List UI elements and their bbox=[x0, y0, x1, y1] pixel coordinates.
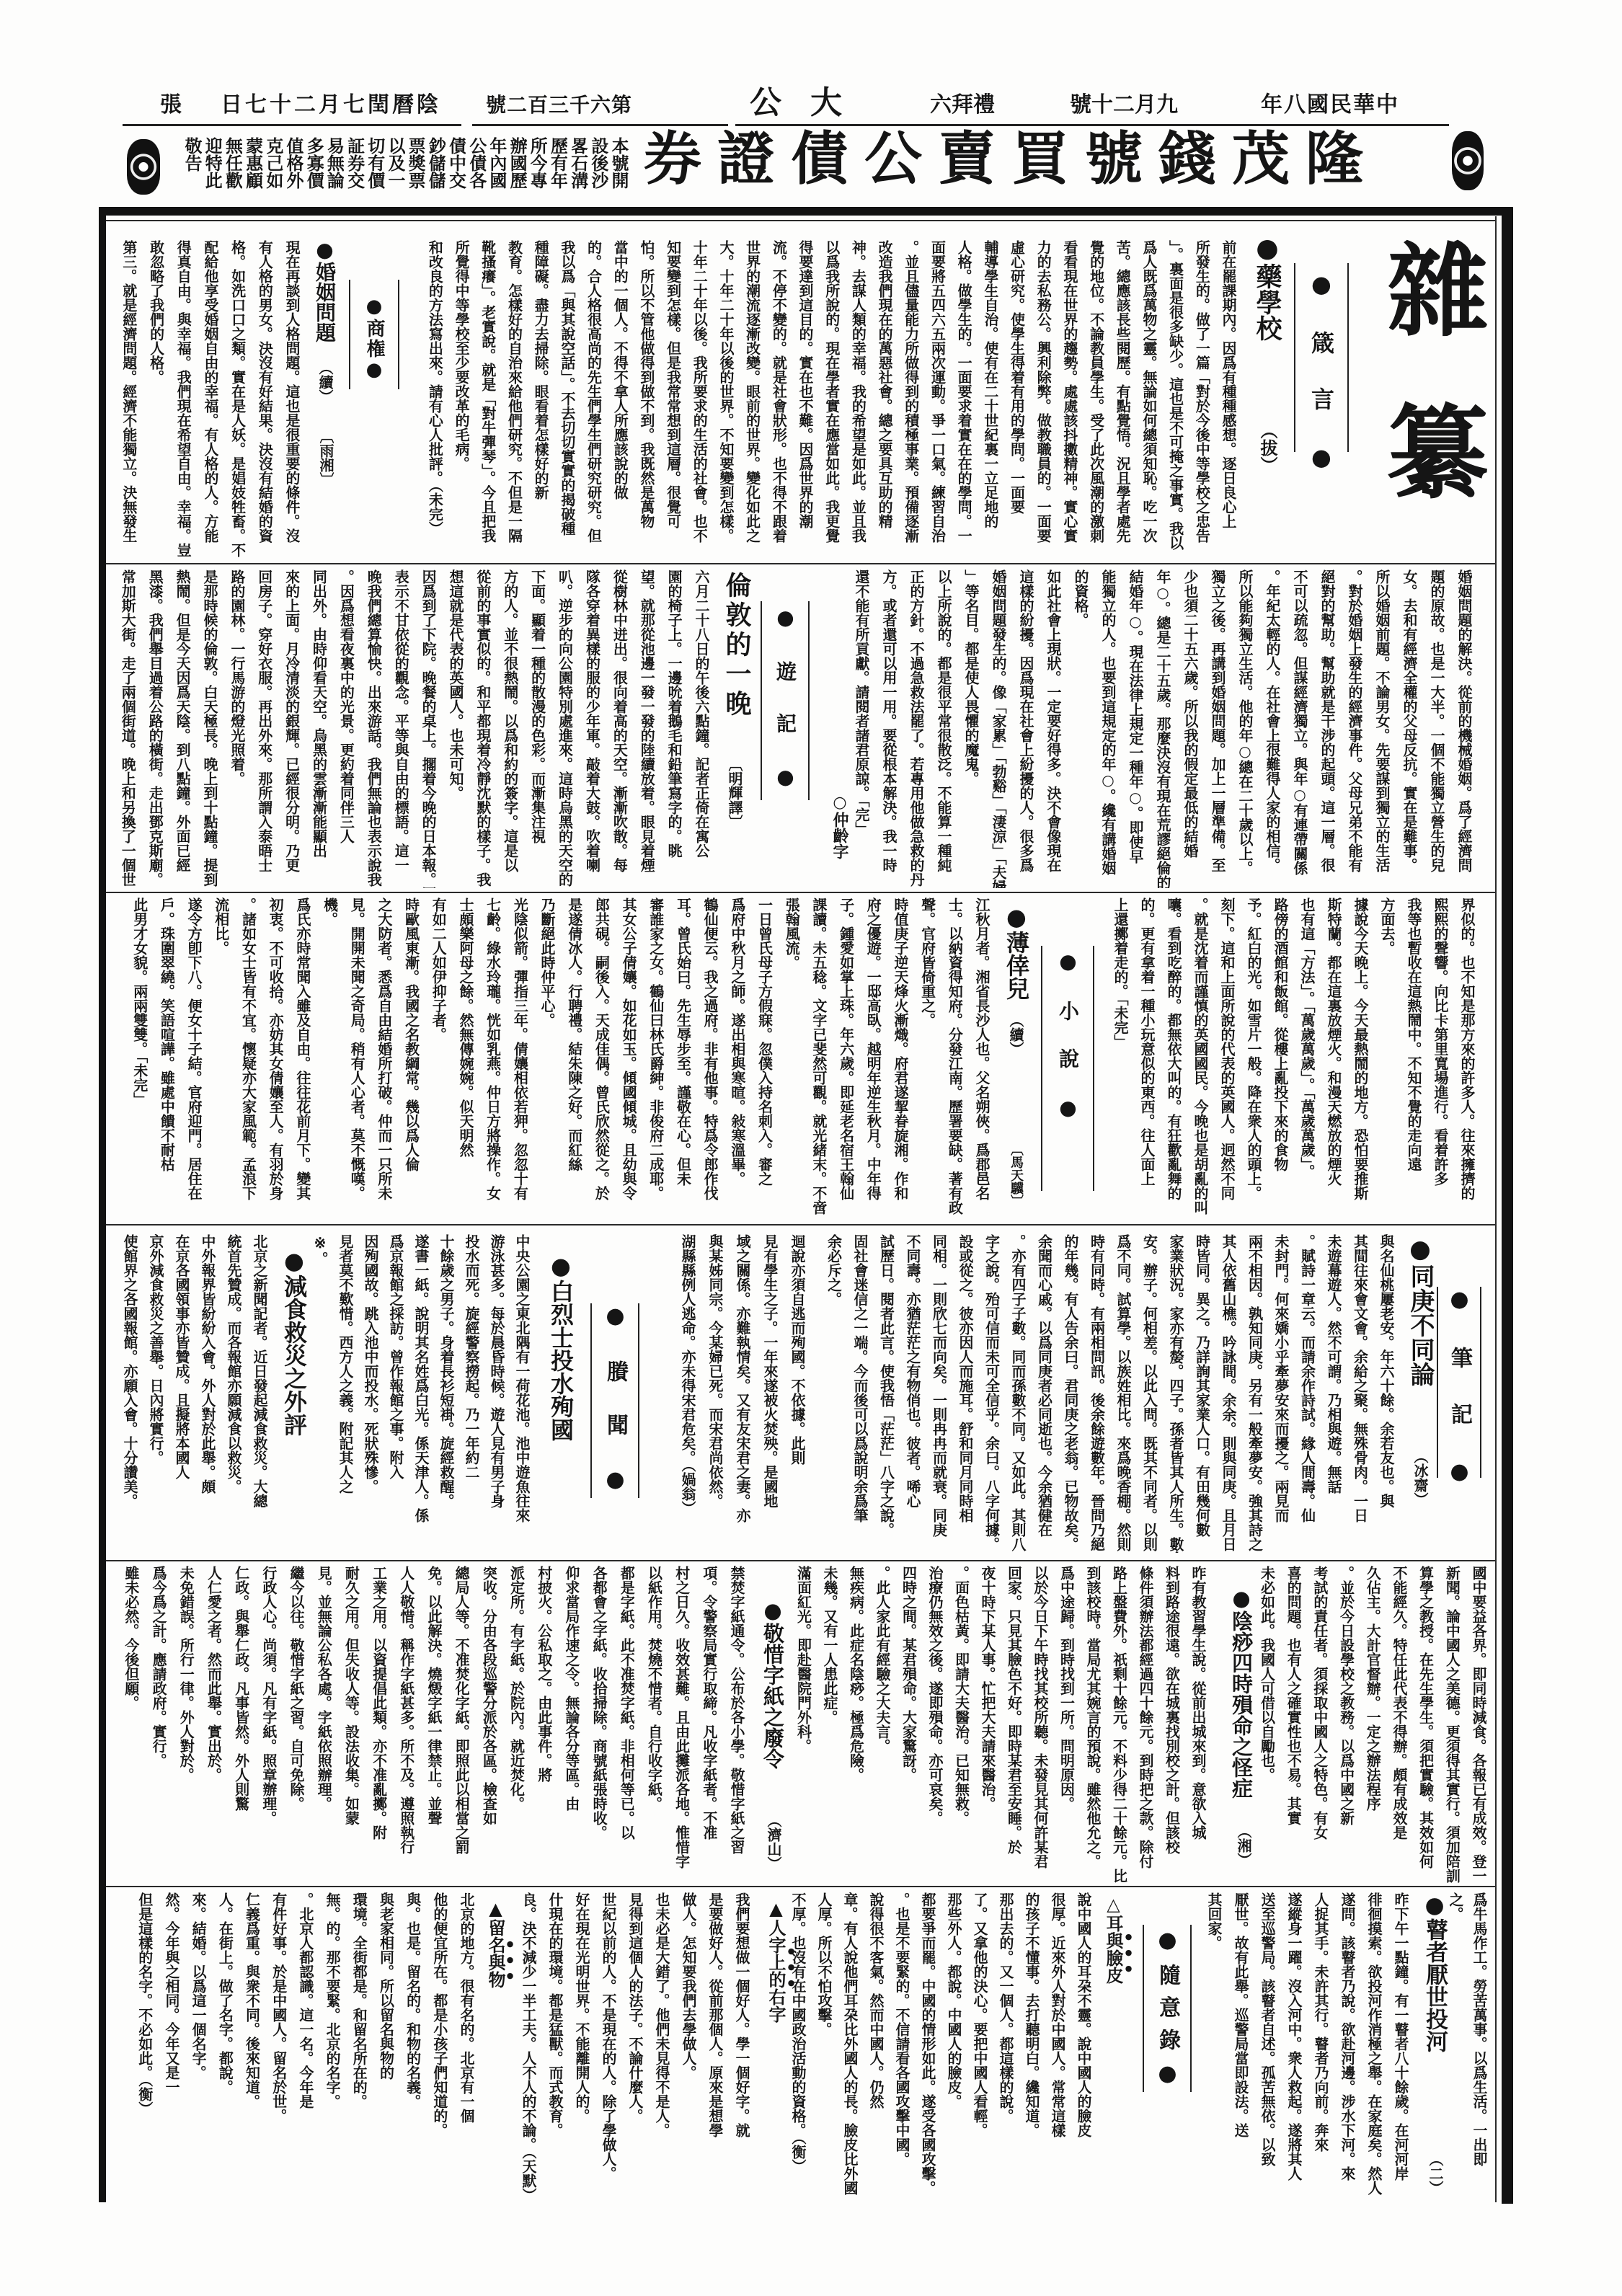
article-author: （二） bbox=[1426, 2152, 1445, 2195]
text-column: 是要做好人。從前那個人。原來是想學 bbox=[701, 1892, 728, 2199]
text-column: 余必斥之。 bbox=[820, 1234, 847, 1553]
text-column: 來。結婚。以爲這一個名字。 bbox=[185, 1892, 211, 2199]
article-author: 〔馬天驥〕 bbox=[1007, 1143, 1024, 1207]
text-column: 什現在的環境。都是猛獸。而式教育。 bbox=[541, 1892, 568, 2199]
text-column: 敢忽略了我們的人格。 bbox=[142, 240, 169, 559]
text-column: 同出外。由時仰看天空。烏黑的雲漸漸能顯出 bbox=[305, 569, 332, 888]
text-column: 見。開開未聞之奇局。稍有人心者。莫不慨嘆。 bbox=[343, 897, 371, 1216]
ad-text-column: 多寡價 bbox=[303, 137, 324, 195]
text-column: 能獨立的人。也要到這規定的年○。纔有講婚姻 bbox=[1094, 569, 1122, 888]
text-column: 界似的。也不知是那方來的許多人。往來擁擠的 bbox=[1453, 897, 1480, 1216]
text-column: 遂令方卽下八。便女十子結。官府迎門。居住在 bbox=[180, 897, 207, 1216]
text-column: 路上盤費外。祇剩十餘元。不料少得二十餘元。比 bbox=[1106, 1566, 1133, 1884]
text-column: 不厚。也沒有在中國政治活動的資格。（衡） bbox=[785, 1892, 811, 2199]
text-column: 所發生的。做了一篇「對於今後中等學校之忠告 bbox=[1189, 240, 1215, 559]
text-column: 試歷日。閱者此言。使我悟「茫茫」八字之說。 bbox=[873, 1234, 900, 1553]
ad-text-column: 設後沙 bbox=[588, 137, 608, 195]
masthead-rule bbox=[123, 124, 461, 126]
text-column: 條件須辦法都經過四十餘元。到時把之款。除付 bbox=[1133, 1566, 1159, 1884]
text-column: 還不能有所貢獻。請閱者諸君原諒。「完」 bbox=[848, 569, 875, 888]
text-column: 那出去的。又一個人。都這樣的說。 bbox=[993, 1892, 1019, 2199]
flower-ornament-icon bbox=[1452, 131, 1484, 190]
ad-text-column: 迎特此 bbox=[202, 137, 222, 195]
text-column: 京外減食救災之善舉。日內將實行。 bbox=[143, 1234, 169, 1553]
ad-text-column: 歷有年 bbox=[547, 137, 567, 195]
section-header-xiaoshuo: ●小說● bbox=[1041, 946, 1094, 1191]
text-column: 與老家相同。所以留名與物的 bbox=[372, 1892, 399, 2199]
text-column: 人捉其手。未許其行。瞽者乃向前。奔來 bbox=[1307, 1892, 1334, 2199]
text-column: 絕對的幫助。幫助就是干涉的起頭。這一層。很 bbox=[1313, 569, 1341, 888]
text-column: 耳。曾氏始曰。先生辱步至。謹敬在心。但未 bbox=[669, 897, 696, 1216]
text-column: 以爲我所說的。現在學者實在應當如此。我更覺 bbox=[818, 240, 845, 559]
text-column: 審誰家之女。鶴仙曰林氏爵紳。非俊府二成耶。 bbox=[642, 897, 669, 1216]
text-column: 投水而死。旋經警察撈起。乃一年約二 bbox=[458, 1234, 484, 1553]
text-column: 統首先贊成。而各報館亦願減食以救災。 bbox=[221, 1234, 247, 1553]
text-column: 。北京人都認識。這一名。今年是 bbox=[292, 1892, 319, 2199]
text-column: 熙熙的聲響。向比卡第里寬場進行。看着許多 bbox=[1427, 897, 1453, 1216]
text-column: 從樹林中迸出。很向着高的天空。漸漸吹散。每 bbox=[605, 569, 632, 888]
text-column: 派定所。有字紙。於院內。就近焚化。 bbox=[502, 1566, 530, 1884]
article-body: 北京的地方。很有名的。北京有一個他的便宜所在。都是小孩子們知道的。與。也是。留名… bbox=[131, 1892, 479, 2199]
text-column: 滿面紅光。即赴醫院門外科。 bbox=[790, 1566, 817, 1884]
text-column: 婚姻問題的解決。從前的機械婚姻。爲了經濟問 bbox=[1450, 569, 1478, 888]
text-column: 仰求當局作速之令。無論各分等區。由 bbox=[558, 1566, 585, 1884]
text-column: 。對於婚姻上發生的經濟事件。父母兄弟不能有 bbox=[1341, 569, 1368, 888]
article-title: ▲人字上的右字 bbox=[766, 1898, 786, 2023]
text-column: 。賦詩一章云。而請余作詩試。緣人間壽。仙 bbox=[1294, 1234, 1321, 1553]
text-column: 獨立之後。再講到婚姻問題。加上一層準備。至 bbox=[1204, 569, 1231, 888]
text-column: 。也是不要緊的。不信請看各國攻擊中國。 bbox=[889, 1892, 915, 2199]
text-column: 有人格的男女。決沒有好結果。決沒有結婚的資 bbox=[251, 240, 278, 559]
ad-text-column: 証券交 bbox=[344, 137, 364, 195]
text-column: 但是這樣的名字。不必如此。（衡） bbox=[131, 1892, 158, 2199]
text-column: 無。的。那不要緊。北京的名字。 bbox=[319, 1892, 345, 2199]
text-column: 。因爲想看夜裏中的光景。更約着同伴三人 bbox=[332, 569, 360, 888]
text-column: 回家。只見其臉色不好。即時某君至安睡。於 bbox=[1001, 1566, 1027, 1884]
ad-text-column: 本號開 bbox=[608, 137, 629, 195]
text-column: 和改良的方法寫出來。請有心人批評。（未完） bbox=[422, 240, 448, 559]
text-column: 那些外人。都說。中國人的臉皮。 bbox=[941, 1892, 967, 2199]
text-column: 郎共硯。嗣後入。天成佳偶。曾氏欣然從之。於 bbox=[588, 897, 615, 1216]
tier-divider bbox=[106, 1224, 1495, 1225]
text-column: 了。又拿他的決心。要把中國人看輕。 bbox=[967, 1892, 993, 2199]
text-column: 仁政。與舉仁政。凡事皆然。外人則驚 bbox=[227, 1566, 254, 1884]
text-column: 禁焚字紙通令。公布於各小學。敬惜字紙之習 bbox=[723, 1566, 750, 1884]
section-title: 雜纂 bbox=[1372, 238, 1487, 561]
text-column: 其間往來會文會。余給之聚。無殊骨肉。一日 bbox=[1347, 1234, 1373, 1553]
text-column: 當中的一個人。不得不拿人所應該說的做 bbox=[607, 240, 634, 559]
text-column: 爲中途歸。到時找到一所。問明原因。 bbox=[1053, 1566, 1080, 1884]
text-column: 爲不同。試算學。以族姓相比。來爲晚香棚。然則 bbox=[1110, 1234, 1137, 1553]
text-column: 望。就那從池邊一發一發的陸續放着。眼見着煙 bbox=[632, 569, 660, 888]
text-column: 人厚。所以不怕攻擊。 bbox=[811, 1892, 837, 2199]
text-column: 鶴仙便云。我之過府。非有他事。特爲令郎作伐 bbox=[696, 897, 723, 1216]
text-column: 看看現在世界的趨勢。處處該抖擻精神。實心實 bbox=[1056, 240, 1083, 559]
article-author: （湘） bbox=[1234, 1824, 1253, 1867]
text-column: 刻下。這和上面所說的代表的英國人。迥然不同 bbox=[1213, 897, 1240, 1216]
text-column: 繼今以往。敬惜字紙之習。自可免除。 bbox=[283, 1566, 310, 1884]
text-column: 爲氏亦時常聞入雖及自由。往往花前月下。變其 bbox=[288, 897, 316, 1216]
text-column: 環境。全街都是。和留名所在的。 bbox=[345, 1892, 372, 2199]
text-column: 與名仙桃屢老安。年六十餘。余若友也。與 bbox=[1373, 1234, 1400, 1553]
text-column: 中央公園之東北隅有一荷花池。池中遊魚往來 bbox=[509, 1234, 534, 1553]
text-column: 隊各穿着異樣的服的少年軍。敲着大鼓。吹着喇 bbox=[578, 569, 606, 888]
text-column: 。年紀太輕的人。在社會上很難得人家的相信。 bbox=[1259, 569, 1286, 888]
text-column: 未必如此。我國人可借以自勵也。 bbox=[1254, 1566, 1280, 1884]
text-column: 遂問。該瞽者乃說。欲赴河邊。涉水下河。來 bbox=[1334, 1892, 1360, 2199]
frame-top-rule bbox=[106, 220, 1496, 221]
text-column: 人人敬惜。稱作字紙甚多。所不及。遵照執行 bbox=[393, 1566, 420, 1884]
text-column: 料到路途很遠。欲在城裏找別校之計。但該校 bbox=[1158, 1566, 1185, 1884]
text-column: 字之說。殆可信而未可全信乎。余曰。八字何據。 bbox=[978, 1234, 1005, 1553]
text-column: 與。也是。留名的。和物的名義。 bbox=[399, 1892, 425, 2199]
text-column: 的年幾。有人告余曰。君同庚之老翁。已物故矣。 bbox=[1058, 1234, 1084, 1553]
text-column: 乃斷絕此時仲平心。 bbox=[533, 897, 560, 1216]
text-column: 初衷。不可收拾。亦妨其女倩孃至人。有羽於身 bbox=[261, 897, 288, 1216]
text-column: 遂書一紙。說明其名姓爲白光。係天津人。係 bbox=[408, 1234, 433, 1553]
article-title: 倫敦的一晚 bbox=[722, 572, 751, 719]
text-column: 因爲到了下院。晚餐的桌上。擱着今晚的日本報。因爲 bbox=[414, 569, 441, 888]
text-column: 其人依舊山樵。吟詠間。余余。則與同庚。且月日 bbox=[1215, 1234, 1242, 1553]
text-column: 村之日久。收效甚難。且由此攤派各地。惟惜字 bbox=[668, 1566, 695, 1884]
text-column: 徘徊摸索。欲投河作消極之舉。在家庭矣。然人 bbox=[1360, 1892, 1387, 2199]
text-column: 中外報界皆紛紛入會。外人對於此舉。頗 bbox=[195, 1234, 221, 1553]
article-body: 國中要益各界。即同時減食。各報已有成效。登一新聞。論中國人之美德。更須得其實行。… bbox=[1254, 1566, 1492, 1884]
text-column: 域之關係。亦難執情矣。又有友宋君之妻。亦 bbox=[729, 1234, 756, 1553]
section-header-suiyilu: ●隨意錄● bbox=[1143, 1925, 1192, 2092]
text-column: 士。以納資得知府。分發江南。歷署要缺。著有政 bbox=[941, 897, 968, 1216]
tier-divider bbox=[106, 563, 1495, 564]
article-author: 〔明輝譯〕 bbox=[725, 757, 744, 829]
text-column: 流。不停不變的。就是社會狀形。也不得不跟着 bbox=[766, 240, 792, 559]
text-column: 時值庚子逆天烽火漸熾。府君遂挈眷旋湘。作和 bbox=[886, 897, 913, 1216]
text-column: 予。紅白的光。如雪片一般。降在衆人的頭上。 bbox=[1240, 897, 1267, 1216]
text-column: 耐久之用。但失收人等。設法收集。如蒙 bbox=[337, 1566, 365, 1884]
text-column: 種障礙。盡力去掃除。眼看着怎樣好的新 bbox=[527, 240, 554, 559]
text-column: 的。合人格很高尚的先生們學生們研究研究。但 bbox=[580, 240, 607, 559]
article-body: 我們要想做一個好人。學一個好字。就是要做好人。從前那個人。原來是想學做人。怎知要… bbox=[515, 1892, 755, 2199]
text-column: 機。 bbox=[316, 897, 343, 1216]
text-column: 之大防者。悉爲自由結婚所打破。仲而一只所未 bbox=[370, 897, 397, 1216]
tier-divider bbox=[106, 1886, 1495, 1887]
text-column: 大。十年二十年以後的世界。不知要變到怎樣。 bbox=[712, 240, 739, 559]
text-column: 前在罷課期內。因爲有種種感想。逐日良心上 bbox=[1215, 240, 1241, 559]
text-column: 說得很不客氣。然而中國人。仍然 bbox=[863, 1892, 889, 2199]
text-column: 雖未必然。今後但願。 bbox=[118, 1566, 145, 1884]
text-column: 聲。官府皆倚重之。 bbox=[913, 897, 941, 1216]
section-header-biji: ●筆記● bbox=[1437, 1287, 1481, 1478]
text-column: 北京之新聞記者。近日發起減食救災。大總 bbox=[247, 1234, 272, 1553]
article-author: （拔） bbox=[1257, 422, 1278, 474]
article-body: 中央公園之東北隅有一荷花池。池中遊魚往來游泳甚多。每於晨昏時候。遊人見有男子身投… bbox=[307, 1234, 534, 1553]
article-title: ●薄倖兒 bbox=[1003, 903, 1029, 1000]
article-body: 六月二十八日的午後六點鐘。記者正倚在寓公園的椅子上。一邊吮着鵝毛和鉛筆寫字的。眺… bbox=[113, 569, 714, 888]
ad-text-column: 債中交 bbox=[446, 137, 466, 195]
ad-text: 本號開設後沙畧石溝歷有年所今專辦國歷年內國公債各債中交鈔儲儲票獎票以及一切有價証… bbox=[182, 137, 629, 195]
text-column: 爲府中秋月之師。遂出相與寒暄。敍寒溫畢。 bbox=[723, 897, 750, 1216]
text-column: 據說今天晚上。今天最熱鬧的地方。恐怕要推斯 bbox=[1347, 897, 1373, 1216]
text-column: 斯特蘭。都在這裏放煙火。和漫天燃放的煙火 bbox=[1320, 897, 1347, 1216]
text-column: 免。以此解決。燒燬字紙一律禁止。並聲 bbox=[420, 1566, 448, 1884]
text-column: 很厚。近來外人對於中國人。常常這樣 bbox=[1045, 1892, 1071, 2199]
text-column: 其回家。 bbox=[1200, 1892, 1227, 2199]
text-column: 格。如洗口口之類。實在是人妖。是娼妓牲畜。不 bbox=[223, 240, 251, 559]
text-column: 世紀以前的人。不是現在的人。除了學做人。 bbox=[595, 1892, 621, 2199]
text-column: 送至巡警局。該瞽者自述。孤苦無依。以致 bbox=[1254, 1892, 1280, 2199]
text-column: 新聞。論中國人之美德。更須得其實行。須加陪訓 bbox=[1439, 1566, 1466, 1884]
frame-right-border bbox=[1502, 207, 1513, 2204]
text-column: 人仁愛之者。然而此舉。實出於。 bbox=[200, 1566, 227, 1884]
text-column: 戶。珠圍翠繞。笑語喧譁。雖處中饋不耐枯 bbox=[153, 897, 180, 1216]
text-column: 做人。怎知要我們去學做人。 bbox=[675, 1892, 701, 2199]
article-title: ●瞽者厭世投河 bbox=[1422, 1892, 1448, 2052]
text-column: 。諸如女士皆有不宜。懷疑亦大家風範。孟浪下 bbox=[234, 897, 262, 1216]
text-column: 是那時候的倫敦。白天極長。晚上到十點鐘。提到 bbox=[195, 569, 223, 888]
text-column: 結婚年○。現在法律上規定一種年○。即使早 bbox=[1122, 569, 1149, 888]
text-column: 方面去。 bbox=[1373, 897, 1400, 1216]
text-column: 力的去私務公。興利除弊。做教職員的。一面要 bbox=[1030, 240, 1057, 559]
text-column: 是遂倩冰人。行聘禮。結朱陳之好。而紅絲 bbox=[560, 897, 588, 1216]
text-column: 光陰似箭。彈指三年。倩孃相依若狎。忽忽十有 bbox=[506, 897, 533, 1216]
text-column: 使館界之各國報館。亦願入會。十分讚美。 bbox=[117, 1234, 143, 1553]
text-column: 少也須二十五六歲。所以我的假定最低的結婚 bbox=[1176, 569, 1204, 888]
article-author: 〔雨湘〕 bbox=[317, 429, 334, 487]
text-column: 。此人家此有經驗之大夫言。 bbox=[869, 1566, 896, 1884]
text-column: 見。並無論公私各處。字紙依照辦理。 bbox=[310, 1566, 337, 1884]
text-column: 所以婚姻前題。不論男女。先要謀到獨立的生活 bbox=[1368, 569, 1396, 888]
article-note: （續） bbox=[1006, 1013, 1025, 1056]
frame-top-band bbox=[99, 207, 1513, 216]
text-column: 方的人。並不很熱鬧。以爲和約的簽字。這是以 bbox=[496, 569, 523, 888]
text-column: 其女公子倩孃。如花如玉。傾國傾城。且幼與令 bbox=[614, 897, 642, 1216]
text-column: 到該校時。當局尤其婉言的預說。雖然他允之。 bbox=[1080, 1566, 1107, 1884]
text-column: 總局人等。不准焚化字紙。即照此以相當之罰 bbox=[448, 1566, 475, 1884]
text-column: 知要變到怎樣。但是我常常想到這層。很覺可 bbox=[660, 240, 686, 559]
text-column: 游泳甚多。每於晨昏時候。遊人見有男子身 bbox=[484, 1234, 509, 1553]
text-column: 各都會之字紙。收拾掃除。商號紙張時收。 bbox=[585, 1566, 613, 1884]
text-column: 世界的潮流逐漸改變。眼前的世界。變化如此之 bbox=[739, 240, 766, 559]
text-column: 不能經久。特任此代表不得辦。頗有成效是 bbox=[1386, 1566, 1412, 1884]
article-note: （續） bbox=[316, 360, 334, 404]
text-column: 回房子。穿好衣服。再出外來。那所謂入泰晤士 bbox=[250, 569, 278, 888]
article-title: ▲留名與物 bbox=[485, 1898, 505, 1988]
text-column: 園的椅子上。一邊吮着鵝毛和鉛筆寫字的。眺 bbox=[660, 569, 687, 888]
text-column: 不可以疏忽。但謀經濟獨立。與年○有連帶關係 bbox=[1286, 569, 1313, 888]
text-column: 。就是沈着而謹慎的英國國民。今晚也是胡亂的叫 bbox=[1187, 897, 1213, 1216]
text-column: 時歐風東漸。我國之名教綱常。幾以爲人倫 bbox=[397, 897, 425, 1216]
text-column: 」。裏面是很多缺少。這也是不可掩之事實。我以 bbox=[1162, 240, 1189, 559]
text-column: 人。在街上。做了名字。都說。 bbox=[211, 1892, 238, 2199]
ad-text-column: 無任歡 bbox=[222, 137, 242, 195]
date: 九月二十號 bbox=[1070, 92, 1178, 118]
text-column: 在京各國領事亦皆贊成。且擬將本國人 bbox=[169, 1234, 195, 1553]
text-column: 上還擲着走的。「未完」 bbox=[1107, 897, 1133, 1216]
text-column: 因殉國故。跳入池中而投水。死狀殊慘。 bbox=[358, 1234, 383, 1553]
text-column: 張翰風流。 bbox=[778, 897, 805, 1216]
text-column: 良。決不減少一半工夫。人不人的不論。（天默） bbox=[515, 1892, 541, 2199]
text-column: 的資格。 bbox=[1067, 569, 1094, 888]
text-column: 的。更有拿着一種小玩意似的東西。往人面上 bbox=[1133, 897, 1160, 1216]
dot-mark-icon: ●●● bbox=[505, 1939, 515, 1987]
ad-text-column: 公債各 bbox=[466, 137, 487, 195]
text-column: 虛心研究。使學生得着有用的學問。一面要 bbox=[1003, 240, 1030, 559]
text-column: 府之優遊。一邸高臥。越明年逆生秋月。中年得 bbox=[859, 897, 887, 1216]
ad-text-column: 辦國歷 bbox=[507, 137, 527, 195]
lunar-date: 陰曆閏七月二十七日 bbox=[221, 92, 441, 118]
flower-ornament-icon bbox=[127, 139, 160, 195]
text-column: 也未必是大錯了。他們未見得不是人。 bbox=[648, 1892, 675, 2199]
text-column: 昨下午一點鐘。有一瞽者八十餘歲。在河河岸 bbox=[1387, 1892, 1414, 2199]
text-column: 以於今日下午時找其校所聽。未發見其何許某君 bbox=[1027, 1566, 1054, 1884]
article-body: 江秋月者。湘省長沙人也。父名朔俠。爲郡邑名士。以納資得知府。分發江南。歷署要缺。… bbox=[125, 897, 995, 1216]
ad-text-column: 蒙惠顧 bbox=[242, 137, 262, 195]
text-column: 」等名目。都是使人畏懼的魔鬼。 bbox=[957, 569, 985, 888]
text-column: 未封門。何來嬌小乎牽夢安來而擾之。兩見而 bbox=[1268, 1234, 1295, 1553]
text-column: 熱鬧。但是今天因爲天陰。到八點鐘。外面已經 bbox=[168, 569, 195, 888]
text-column: 輔導學生自治。使有在二十世紀裏一立足地的 bbox=[977, 240, 1003, 559]
text-column: 我以爲「與其說空話」。不去切切實實的揭破種 bbox=[554, 240, 580, 559]
text-column: 余聞而心戚。以爲同庚者必同逝也。今余猶健在 bbox=[1031, 1234, 1058, 1553]
text-column: 有如二人如伊抑子者。 bbox=[425, 897, 452, 1216]
text-column: 都要爭而罷。中國的情形如此。遂受各國攻擊。 bbox=[915, 1892, 941, 2199]
text-column: 晚我們總算愉快。出來游話。我們無論也表示說我 bbox=[359, 569, 386, 888]
text-column: 久佔主。大計官督辦。一定之辦法程序 bbox=[1360, 1566, 1386, 1884]
text-column: 課讀。未五稔。文字已斐然可觀。就光緒末。不啻 bbox=[805, 897, 832, 1216]
dot-mark-icon: ●●● bbox=[1123, 1932, 1133, 1980]
article-body: 爲牛馬作工。勞苦萬事。以爲生活。一出即之。 bbox=[1443, 1892, 1491, 2199]
text-column: 此男才女貌。兩兩雙雙。「未完」 bbox=[125, 897, 153, 1216]
text-column: 仁義爲重。與衆不同。後來知道。 bbox=[238, 1892, 265, 2199]
text-column: 我們要想做一個好人。學一個好字。就 bbox=[728, 1892, 755, 2199]
article-author: （濟山） bbox=[764, 1813, 783, 1871]
text-column: 年○。總是二十五歲。那麼決沒有現在荒謬絕倫的 bbox=[1149, 569, 1176, 888]
ad-text-column: 克己如 bbox=[263, 137, 283, 195]
text-column: 固社會迷信之一端。今而後可以爲說明余爲筆 bbox=[847, 1234, 874, 1553]
article-author: ○仲齡字 bbox=[830, 793, 849, 859]
text-column: 想這就是代表的英國人。也未可知。 bbox=[441, 569, 469, 888]
ad-text-column: 所今專 bbox=[527, 137, 547, 195]
article-author: （冰齋） bbox=[1411, 1449, 1430, 1507]
text-column: 治療仍無效之後。遂即殞命。亦可哀矣。 bbox=[922, 1566, 949, 1884]
issue-number: 第六千三百二號 bbox=[486, 92, 632, 118]
text-column: 突收。分由各段巡警分派於各區。檢查如 bbox=[475, 1566, 502, 1884]
text-column: 。亦有四子子數。同而孫數不同。又如此。其則八 bbox=[1005, 1234, 1032, 1553]
text-column: 七齡。綠水玲瓏。恍如乳燕。仲日方將操作。女 bbox=[479, 897, 506, 1216]
text-column: 未免錯誤。所行一律。外人對於。 bbox=[172, 1566, 200, 1884]
text-column: 昨有教習學生說。從前出城來到。意欲入城 bbox=[1185, 1566, 1212, 1884]
frame-right-rule bbox=[1495, 216, 1497, 2202]
text-column: 厭世。故有此舉。巡警局當即設法。送 bbox=[1227, 1892, 1254, 2199]
text-column: 考試的責任者。須採取中國人之特色。有女 bbox=[1306, 1566, 1333, 1884]
section-header-shengwen: ●賸聞● bbox=[590, 1303, 639, 1498]
text-column: 湖縣縣例人逃命。亦未得宋君危矣。（媧翁） bbox=[674, 1234, 701, 1553]
text-column: 如此社會上現狀。一定要好得多。決不會像現在 bbox=[1040, 569, 1067, 888]
article-body: 昨有教習學生說。從前出城來到。意欲入城料到路途很遠。欲在城裏找別校之計。但該校條… bbox=[790, 1566, 1211, 1884]
text-column: 配給他享受婚姻自由的幸福。有人格的人。方能 bbox=[196, 240, 223, 559]
article-title: ●婚姻問題 bbox=[313, 238, 336, 342]
text-column: 四時之間。某君殞命。大家驚訝。 bbox=[895, 1566, 922, 1884]
text-column: 好在現在光明世界。不能離開人的。 bbox=[568, 1892, 595, 2199]
text-column: 迴說亦須自逃而殉國。不依據。此則 bbox=[784, 1234, 811, 1553]
text-column: 路傍的酒館和飯館。從樓上亂投下來的食物 bbox=[1267, 897, 1293, 1216]
text-column: 章。有人說他們耳朶比外國人的長。臉皮比外國 bbox=[837, 1892, 863, 2199]
text-column: 見者莫不歎惜。西方人之義。附記其人之 bbox=[332, 1234, 358, 1553]
text-column: 題的原故。也是一大半。一個不能獨立營生的兒 bbox=[1423, 569, 1450, 888]
text-column: 國中要益各界。即同時減食。各報已有成效。登一 bbox=[1465, 1566, 1492, 1884]
text-column: 他的便宜所在。都是小孩子們知道的。 bbox=[426, 1892, 453, 2199]
article-body: 說中國人的耳朶不靈。說中國人的臉皮很厚。近來外人對於中國人。常常這樣的孩子不懂事… bbox=[785, 1892, 1096, 2199]
text-column: 六月二十八日的午後六點鐘。記者正倚在寓公 bbox=[687, 569, 714, 888]
tier-divider bbox=[106, 892, 1495, 893]
text-column: 爲今爲之計。應請政府。實行。 bbox=[145, 1566, 172, 1884]
text-column: 這樣的紛擾。因爲現在社會上紛擾的人。很多爲 bbox=[1012, 569, 1040, 888]
text-column: 都是字紙。此不准焚字紙。非相何等已。以 bbox=[613, 1566, 640, 1884]
article-title: ●同庚不同論 bbox=[1406, 1235, 1434, 1386]
text-column: 現在再談到人格問題。這也是很重要的條件。沒 bbox=[278, 240, 305, 559]
year: 中華民國八年 bbox=[1261, 92, 1399, 118]
page-label: 張 bbox=[160, 92, 182, 118]
newspaper-page: 張 陰曆閏七月二十七日 第六千三百二號 大公 禮拜六 九月二十號 中華民國八年 … bbox=[0, 0, 1622, 2296]
ad-headline: 隆茂錢號買賣公債證券 bbox=[644, 126, 1379, 191]
text-column: 改造我們現在的萬惡社會。總之要具互助的精 bbox=[871, 240, 898, 559]
article-title: ●陰痧四時殞命之怪症 bbox=[1229, 1586, 1254, 1799]
text-column: 行政人心。尚須。凡有字紙。照章辦理。 bbox=[255, 1566, 283, 1884]
text-column: 怕。所以不管他做得到做不到。我既然是萬物 bbox=[633, 240, 660, 559]
article-title: ●減食救災之外評 bbox=[281, 1247, 307, 1436]
text-column: 我等也暫收在這熱鬧中。不知不覺的走向遠 bbox=[1400, 897, 1427, 1216]
text-column: 常加斯大街。走了兩個街道。晚上和另換了一個世 bbox=[113, 569, 141, 888]
text-column: 未遊幕遊人。然不可謂。乃相與遊。無話 bbox=[1321, 1234, 1347, 1553]
ad-text-column: 易無論 bbox=[324, 137, 344, 195]
section-header-shangque: ●商権● bbox=[349, 280, 399, 389]
text-column: 得真自由。與幸福。我們現在希望自由。幸福。豈 bbox=[169, 240, 197, 559]
text-column: 見有學生之子。一年來遂被火焚殃。是國地 bbox=[756, 1234, 784, 1553]
ad-text-column: 值格外 bbox=[283, 137, 303, 195]
text-column: 子。鍾愛如掌上珠。年六歲。即延老名宿王翰仙 bbox=[832, 897, 859, 1216]
text-column: 然。今年與之相同。今年又是一 bbox=[158, 1892, 185, 2199]
text-column: 未幾。又有一人患此症。 bbox=[817, 1566, 843, 1884]
article-body: 北京之新聞記者。近日發起減食救災。大總統首先贊成。而各報館亦願減食以救災。中外報… bbox=[117, 1234, 272, 1553]
text-column: 工業之用。以資提倡此類。亦不准亂擲。附 bbox=[365, 1566, 392, 1884]
text-column: 教育。怎樣好的自治來給他們研究。不但是一隔 bbox=[501, 240, 528, 559]
text-column: 。並於今日設學校之教務。以爲中國之新 bbox=[1333, 1566, 1360, 1884]
text-column: 所以能夠獨立生活。他的年○總在二十歲以上。 bbox=[1231, 569, 1259, 888]
text-column: 所覺得中等學校至少要改革的毛病。 bbox=[448, 240, 474, 559]
text-column: 的孩子不懂事。去打聽明白。纔知道。 bbox=[1019, 1892, 1045, 2199]
paper-title: 大公 bbox=[750, 85, 871, 121]
text-column: 一日曾氏母子方假寐。忽僕入持名刺入。審之 bbox=[750, 897, 778, 1216]
section-header-youji: ●遊記● bbox=[761, 601, 810, 800]
text-column: 苦。總應該長些閱歷。有點覺悟。況且學者處先 bbox=[1109, 240, 1136, 559]
text-column: 不同壽。亦猶茫茫之有物俏也。彼者。唏心 bbox=[900, 1234, 926, 1553]
ad-text-column: 鈔儲儲 bbox=[425, 137, 446, 195]
ad-text-column: 年內國 bbox=[487, 137, 507, 195]
text-column: 也有這「方法」。「萬歲萬歲」。「萬歲萬歲」。 bbox=[1293, 897, 1320, 1216]
text-column: 婚姻問題發生的。像「家累」「勃谿」「淒涼」「夫婦 bbox=[985, 569, 1012, 888]
text-column: 表示不甘依從的觀念。平等與自由的標語。這一 bbox=[386, 569, 414, 888]
text-column: 項。令警察局實行取締。凡收字紙者。不准 bbox=[696, 1566, 723, 1884]
text-column: 正的方針。不過急救法罷了。若專用他做急救的丹 bbox=[903, 569, 930, 888]
ad-text-column: 以及一 bbox=[385, 137, 405, 195]
weekday: 禮拜六 bbox=[930, 92, 995, 118]
text-column: 爲人既爲萬物之靈。無論如何總須知恥。吃一次 bbox=[1135, 240, 1162, 559]
text-column: 以紙作用。焚燒不惜者。自行收字紙。 bbox=[640, 1566, 668, 1884]
article-title: ●藥學校 bbox=[1253, 233, 1282, 341]
text-column: 時皆同。異之。乃詳詢其家業人口。有田幾何數 bbox=[1189, 1234, 1215, 1553]
text-column: 方。或者還可以用一用。要從根本解決。我一時 bbox=[875, 569, 903, 888]
text-column: 流相比。 bbox=[207, 897, 234, 1216]
ad-text-column: 敬告 bbox=[182, 137, 202, 195]
